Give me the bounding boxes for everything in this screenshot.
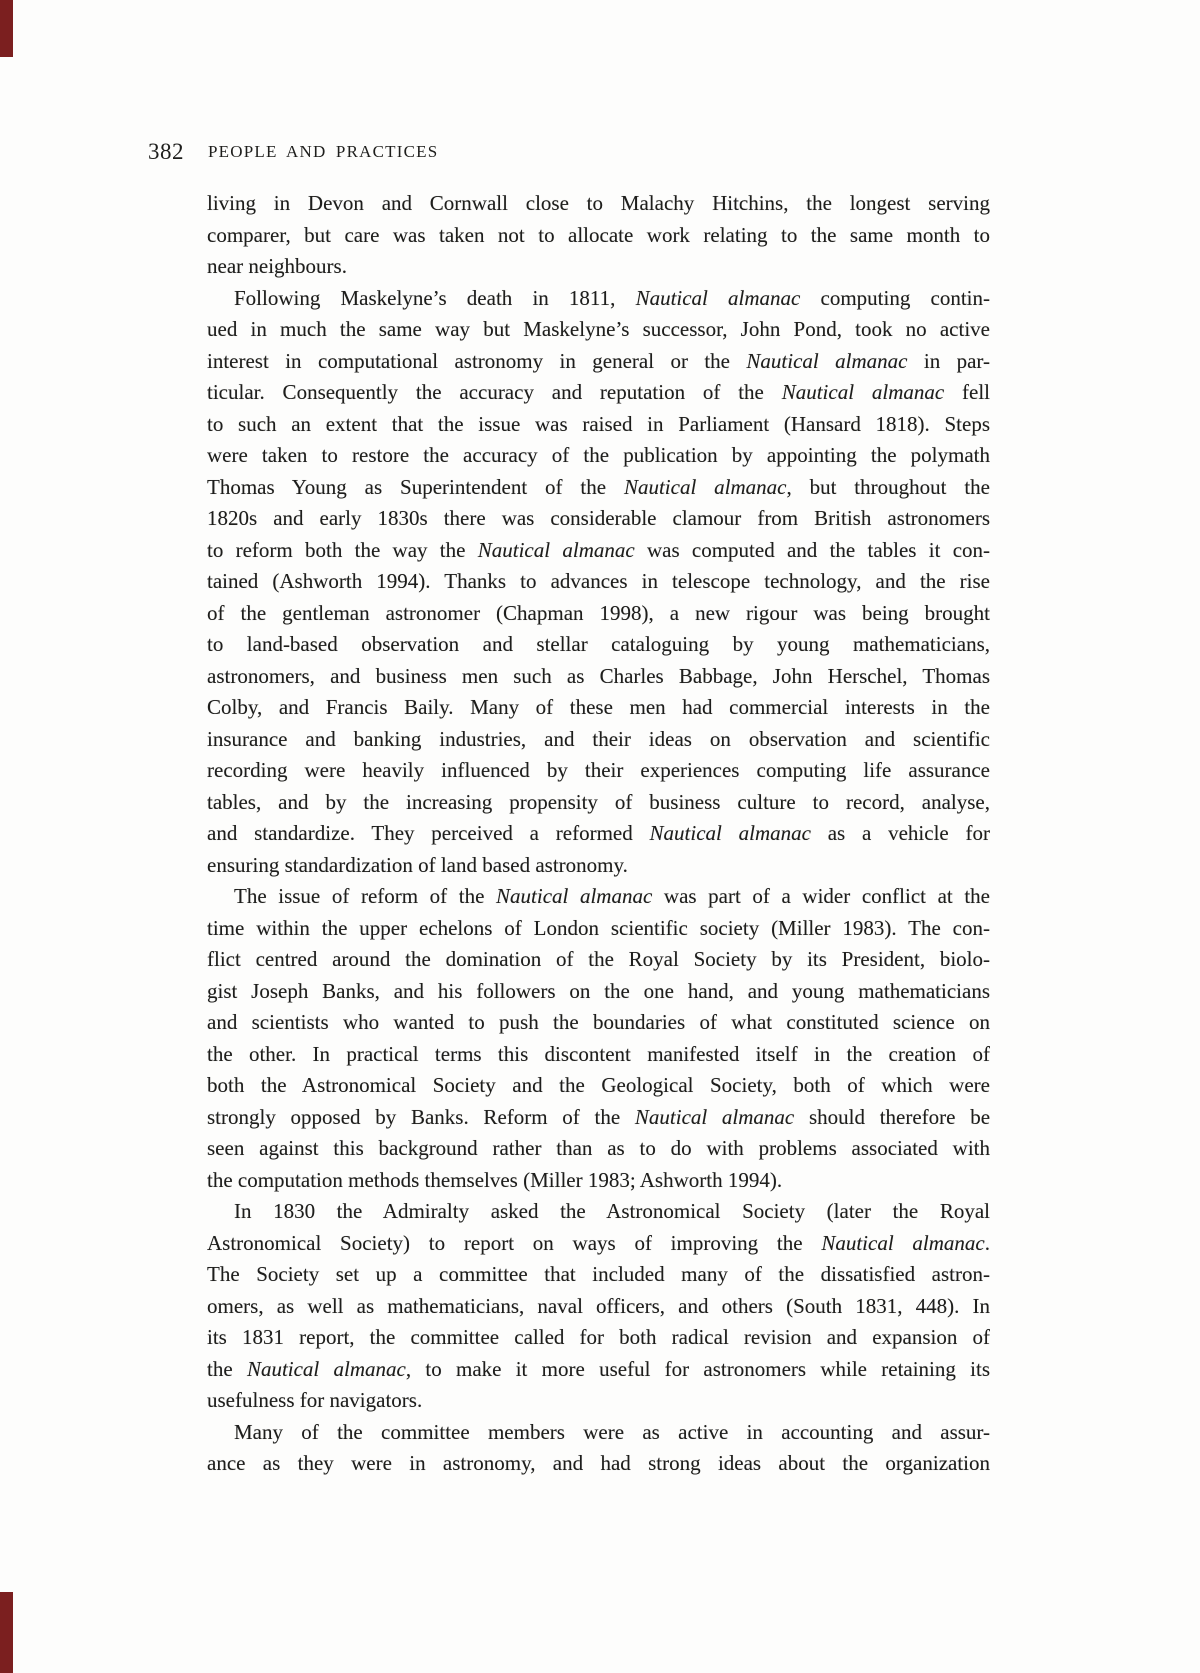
italic-text-segment: Nautical almanac [650,821,811,845]
text-segment: should therefore be [794,1105,990,1129]
text-line: gist Joseph Banks, and his followers on … [207,976,990,1008]
text-segment: ticular. Consequently the accuracy and r… [207,380,782,404]
text-line: insurance and banking industries, and th… [207,724,990,756]
paragraph: In 1830 the Admiralty asked the Astronom… [207,1196,990,1417]
text-segment: seen against this background rather than… [207,1136,990,1160]
text-line: The issue of reform of the Nautical alma… [207,881,990,913]
italic-text-segment: Nautical almanac [635,1105,794,1129]
text-line: ensuring standardization of land based a… [207,850,990,882]
italic-text-segment: Nautical almanac [624,475,787,499]
text-line: omers, as well as mathematicians, naval … [207,1291,990,1323]
text-line: its 1831 report, the committee called fo… [207,1322,990,1354]
text-segment: , to make it more useful for astronomers… [406,1357,990,1381]
text-segment: The issue of reform of the [234,884,496,908]
paragraph: Many of the committee members were as ac… [207,1417,990,1480]
text-segment: was part of a wider conflict at the [652,884,990,908]
text-segment: the other. In practical terms this disco… [207,1042,990,1066]
text-line: seen against this background rather than… [207,1133,990,1165]
text-segment: comparer, but care was taken not to allo… [207,223,990,247]
text-segment: ued in much the same way but Maskelyne’s… [207,317,990,341]
text-segment: omers, as well as mathematicians, naval … [207,1294,990,1318]
italic-text-segment: Nautical almanac [636,286,801,310]
text-segment: and standardize. They perceived a reform… [207,821,650,845]
text-segment: of the gentleman astronomer (Chapman 199… [207,601,990,625]
text-segment: near neighbours. [207,254,347,278]
text-line: The Society set up a committee that incl… [207,1259,990,1291]
text-line: to land-based observation and stellar ca… [207,629,990,661]
text-segment: flict centred around the domination of t… [207,947,990,971]
italic-text-segment: Nautical almanac [478,538,635,562]
italic-text-segment: Nautical almanac [247,1357,406,1381]
text-line: Thomas Young as Superintendent of the Na… [207,472,990,504]
text-line: flict centred around the domination of t… [207,944,990,976]
paragraph: Following Maskelyne’s death in 1811, Nau… [207,283,990,882]
text-segment: . [985,1231,990,1255]
text-segment: gist Joseph Banks, and his followers on … [207,979,990,1003]
text-line: strongly opposed by Banks. Reform of the… [207,1102,990,1134]
text-line: ticular. Consequently the accuracy and r… [207,377,990,409]
italic-text-segment: Nautical almanac [782,380,944,404]
text-line: Many of the committee members were as ac… [207,1417,990,1449]
text-line: the computation methods themselves (Mill… [207,1165,990,1197]
text-line: Astronomical Society) to report on ways … [207,1228,990,1260]
text-segment: Astronomical Society) to report on ways … [207,1231,821,1255]
text-segment: as a vehicle for [811,821,990,845]
book-page: 382 PEOPLE AND PRACTICES living in Devon… [0,0,1200,1673]
text-segment: Colby, and Francis Baily. Many of these … [207,695,990,719]
text-segment: insurance and banking industries, and th… [207,727,990,751]
text-segment: interest in computational astronomy in g… [207,349,746,373]
text-segment: 1820s and early 1830s there was consider… [207,506,990,530]
text-line: ued in much the same way but Maskelyne’s… [207,314,990,346]
text-segment: the [207,1357,247,1381]
text-line: living in Devon and Cornwall close to Ma… [207,188,990,220]
text-line: to reform both the way the Nautical alma… [207,535,990,567]
text-segment: to reform both the way the [207,538,478,562]
body-text: living in Devon and Cornwall close to Ma… [207,188,990,1480]
text-line: ance as they were in astronomy, and had … [207,1448,990,1480]
paragraph: The issue of reform of the Nautical alma… [207,881,990,1196]
text-line: both the Astronomical Society and the Ge… [207,1070,990,1102]
text-segment: recording were heavily influenced by the… [207,758,990,782]
text-line: near neighbours. [207,251,990,283]
text-line: tables, and by the increasing propensity… [207,787,990,819]
text-line: and standardize. They perceived a reform… [207,818,990,850]
paragraph: living in Devon and Cornwall close to Ma… [207,188,990,283]
text-line: astronomers, and business men such as Ch… [207,661,990,693]
text-segment: to land-based observation and stellar ca… [207,632,990,656]
text-segment: The Society set up a committee that incl… [207,1262,990,1286]
text-segment: time within the upper echelons of London… [207,916,990,940]
italic-text-segment: Nautical almanac [821,1231,984,1255]
text-segment: the computation methods themselves (Mill… [207,1168,782,1192]
running-head: PEOPLE AND PRACTICES [208,143,438,160]
text-line: to such an extent that the issue was rai… [207,409,990,441]
text-line: were taken to restore the accuracy of th… [207,440,990,472]
text-segment: and scientists who wanted to push the bo… [207,1010,990,1034]
text-segment: was computed and the tables it con- [635,538,990,562]
text-segment: both the Astronomical Society and the Ge… [207,1073,990,1097]
text-line: the Nautical almanac, to make it more us… [207,1354,990,1386]
text-line: Following Maskelyne’s death in 1811, Nau… [207,283,990,315]
text-line: Colby, and Francis Baily. Many of these … [207,692,990,724]
text-segment: Following Maskelyne’s death in 1811, [234,286,636,310]
text-segment: In 1830 the Admiralty asked the Astronom… [234,1199,990,1223]
text-line: comparer, but care was taken not to allo… [207,220,990,252]
text-line: time within the upper echelons of London… [207,913,990,945]
text-line: 1820s and early 1830s there was consider… [207,503,990,535]
text-segment: its 1831 report, the committee called fo… [207,1325,990,1349]
text-segment: strongly opposed by Banks. Reform of the [207,1105,635,1129]
text-segment: computing contin- [800,286,990,310]
text-line: tained (Ashworth 1994). Thanks to advanc… [207,566,990,598]
text-segment: fell [944,380,990,404]
italic-text-segment: Nautical almanac [496,884,652,908]
italic-text-segment: Nautical almanac [746,349,907,373]
text-line: usefulness for navigators. [207,1385,990,1417]
page-number: 382 [148,140,184,163]
book-edge-mark-bottom [0,1592,13,1673]
text-line: interest in computational astronomy in g… [207,346,990,378]
book-edge-mark-top [0,0,13,57]
text-segment: usefulness for navigators. [207,1388,422,1412]
text-segment: tained (Ashworth 1994). Thanks to advanc… [207,569,990,593]
text-segment: ance as they were in astronomy, and had … [207,1451,990,1475]
text-segment: Thomas Young as Superintendent of the [207,475,624,499]
text-line: of the gentleman astronomer (Chapman 199… [207,598,990,630]
text-segment: living in Devon and Cornwall close to Ma… [207,191,990,215]
text-line: recording were heavily influenced by the… [207,755,990,787]
text-line: In 1830 the Admiralty asked the Astronom… [207,1196,990,1228]
text-line: the other. In practical terms this disco… [207,1039,990,1071]
text-segment: in par- [907,349,990,373]
text-segment: , but throughout the [786,475,990,499]
text-segment: tables, and by the increasing propensity… [207,790,990,814]
text-line: and scientists who wanted to push the bo… [207,1007,990,1039]
text-segment: astronomers, and business men such as Ch… [207,664,990,688]
text-segment: Many of the committee members were as ac… [234,1420,990,1444]
text-segment: ensuring standardization of land based a… [207,853,628,877]
text-segment: were taken to restore the accuracy of th… [207,443,990,467]
text-segment: to such an extent that the issue was rai… [207,412,990,436]
